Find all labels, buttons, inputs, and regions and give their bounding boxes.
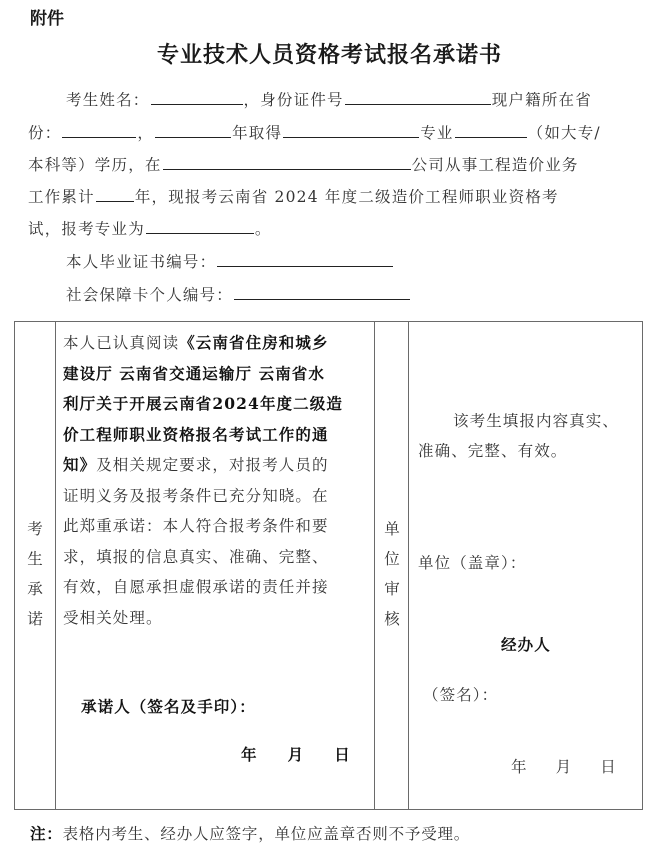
candidate-date[interactable]: 年月日 xyxy=(241,740,351,771)
company-field[interactable] xyxy=(163,153,411,170)
graduation-cert-line: 本人毕业证书编号： xyxy=(66,250,394,272)
intro-line-4: 工作累计年，现报考云南省 2024 年度二级造价工程师职业资格考 xyxy=(28,185,559,207)
commitment-table: 考 生 承 诺 本人已认真阅读《云南省住房和城乡 建设厅 云南省交通运输厅 云南… xyxy=(14,321,643,810)
divider xyxy=(374,322,375,809)
social-security-line: 社会保障卡个人编号： xyxy=(66,283,411,305)
intro-line-3: 本科等）学历，在公司从事工程造价业务 xyxy=(28,153,579,175)
major-field[interactable] xyxy=(455,121,527,138)
footnote: 注：表格内考生、经办人应签字，单位应盖章否则不予受理。 xyxy=(30,822,470,844)
divider xyxy=(55,322,56,809)
unit-seal-label[interactable]: 单位（盖章）： xyxy=(418,548,526,579)
page-title: 专业技术人员资格考试报名承诺书 xyxy=(0,38,659,69)
candidate-name-field[interactable] xyxy=(151,88,243,105)
province-field[interactable] xyxy=(62,121,136,138)
candidate-commitment-text: 本人已认真阅读《云南省住房和城乡 建设厅 云南省交通运输厅 云南省水 利厅关于开… xyxy=(63,328,343,633)
graduation-cert-field[interactable] xyxy=(217,250,393,267)
handler-label: 经办人 xyxy=(501,630,551,661)
intro-line-1: 考生姓名：，身份证件号现户籍所在省 xyxy=(66,88,592,110)
handler-signature-label[interactable]: （签名）： xyxy=(423,680,498,711)
attachment-label: 附件 xyxy=(30,4,64,29)
exam-major-field[interactable] xyxy=(146,217,254,234)
unit-review-text-line-2: 准确、完整、有效。 xyxy=(418,436,567,467)
id-number-field[interactable] xyxy=(345,88,491,105)
work-years-field[interactable] xyxy=(96,185,134,202)
school-field[interactable] xyxy=(283,121,419,138)
intro-line-2: 份：，年取得专业（如大专/ xyxy=(28,121,601,143)
candidate-commitment-header: 考 生 承 诺 xyxy=(25,514,45,634)
unit-review-text-line-1: 该考生填报内容真实、 xyxy=(453,406,619,437)
unit-date[interactable]: 年月日 xyxy=(511,752,617,783)
social-security-field[interactable] xyxy=(234,283,410,300)
divider xyxy=(408,322,409,809)
unit-review-header: 单 位 审 核 xyxy=(382,514,402,634)
promisor-signature-label[interactable]: 承诺人（签名及手印）： xyxy=(81,692,256,723)
intro-line-5: 试，报考专业为。 xyxy=(28,217,272,239)
graduation-year-field[interactable] xyxy=(155,121,231,138)
